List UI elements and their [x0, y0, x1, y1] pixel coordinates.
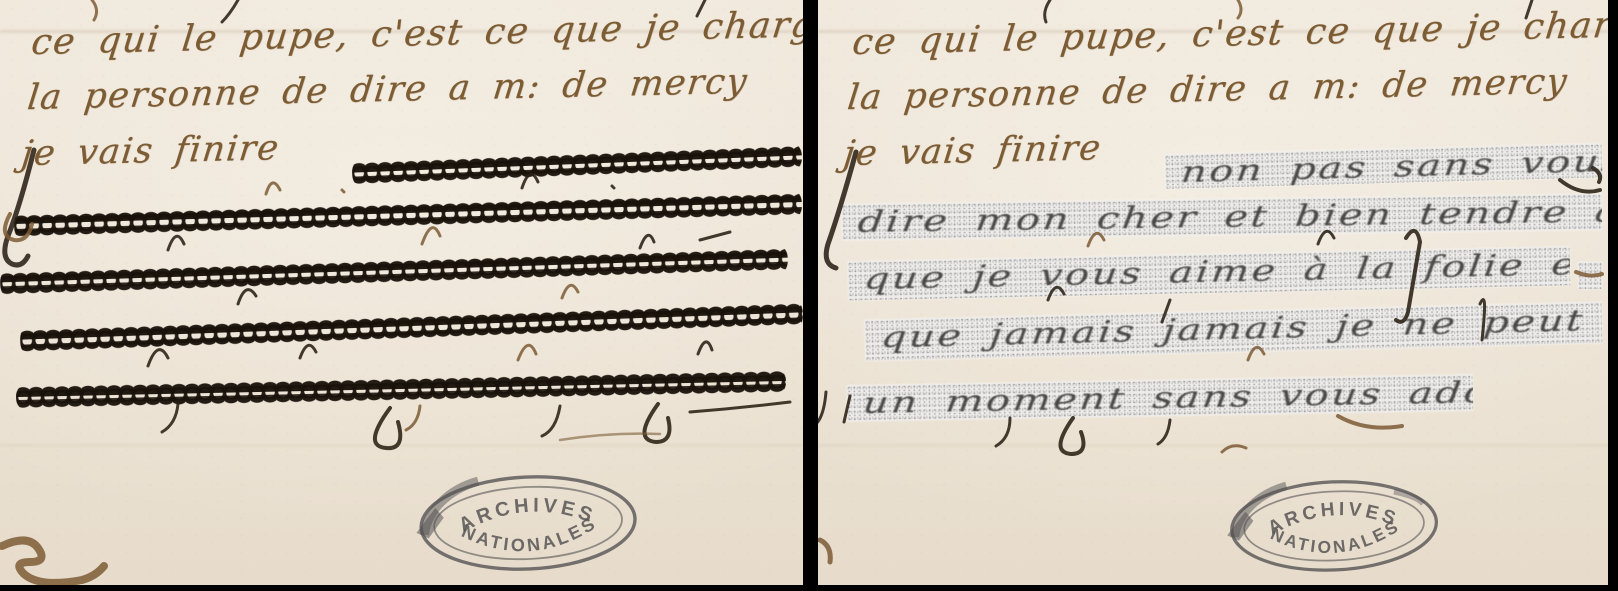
archives-nationales-stamp: ARCHIVES NATIONALES — [410, 463, 646, 579]
ink-stroke — [612, 186, 614, 188]
revealed-text-band: dire mon cher et bien tendre ami — [842, 194, 1602, 241]
ink-stroke — [818, 392, 826, 424]
redaction-scribble — [20, 297, 803, 357]
ink-stroke — [690, 402, 790, 412]
revealed-text-band: un moment sans vous adorer — [847, 375, 1474, 422]
paper-crease — [0, 444, 803, 447]
revealed-text-band-fragment — [1578, 262, 1602, 289]
ink-stroke — [162, 404, 178, 432]
ink-stroke — [700, 232, 730, 240]
revealed-line: que jamais jamais je ne peut être — [865, 302, 1603, 356]
ink-stroke — [375, 408, 400, 448]
ink-stroke — [996, 418, 1010, 446]
ink-stroke — [1560, 180, 1600, 192]
ink-stroke — [1338, 416, 1402, 428]
redaction-scribble — [352, 141, 803, 188]
redaction-scribble — [14, 188, 803, 242]
panel-redacted-original: ce qui le pupe, c'est ce que je charge l… — [0, 0, 803, 585]
ink-stroke — [168, 236, 184, 250]
ink-stroke — [1060, 418, 1083, 454]
handwritten-line: ce qui le pupe, c'est ce que je charge — [850, 4, 1608, 63]
revealed-line: dire mon cher et bien tendre ami — [842, 194, 1602, 241]
revealed-text-band: que jamais jamais je ne peut être — [865, 302, 1603, 361]
ink-stroke — [560, 434, 660, 440]
revealed-text-band: que je vous aime à la folie et — [848, 246, 1571, 300]
handwritten-line: la personne de dire a m: de mercy — [845, 62, 1570, 118]
ink-stroke — [2, 540, 104, 582]
revealed-line: un moment sans vous adorer — [847, 375, 1474, 422]
redaction-scribble — [0, 244, 788, 300]
ink-stroke — [640, 235, 654, 248]
ink-stroke — [562, 285, 578, 298]
handwritten-line: la personne de dire a m: de mercy — [25, 62, 750, 118]
redaction-scribble — [16, 368, 786, 411]
revealed-line: que je vous aime à la folie et — [848, 246, 1571, 297]
panel-redactions-revealed: ce qui le pupe, c'est ce que je charge l… — [818, 0, 1608, 585]
ink-stroke — [542, 406, 560, 436]
ink-stroke — [1158, 420, 1170, 444]
archives-nationales-stamp: ARCHIVES NATIONALES — [1221, 468, 1447, 580]
ink-stroke — [820, 540, 830, 562]
ink-stroke — [518, 345, 536, 360]
ink-stroke — [698, 342, 712, 354]
paper-crease — [818, 444, 1608, 447]
revealed-text-band: non pas sans vous — [1165, 143, 1603, 188]
ink-stroke — [406, 406, 420, 430]
ink-stroke — [92, 0, 97, 20]
ink-stroke — [266, 183, 280, 194]
letter-comparison-figure: ce qui le pupe, c'est ce que je charge l… — [0, 0, 1618, 591]
handwritten-line: je vais finire — [841, 128, 1104, 174]
revealed-line: non pas sans vous — [1165, 143, 1603, 188]
ink-stroke — [644, 404, 669, 442]
ink-stroke — [342, 190, 344, 192]
handwritten-line: ce qui le pupe, c'est ce que je charge — [29, 4, 803, 63]
handwritten-line: je vais finire — [19, 128, 282, 174]
